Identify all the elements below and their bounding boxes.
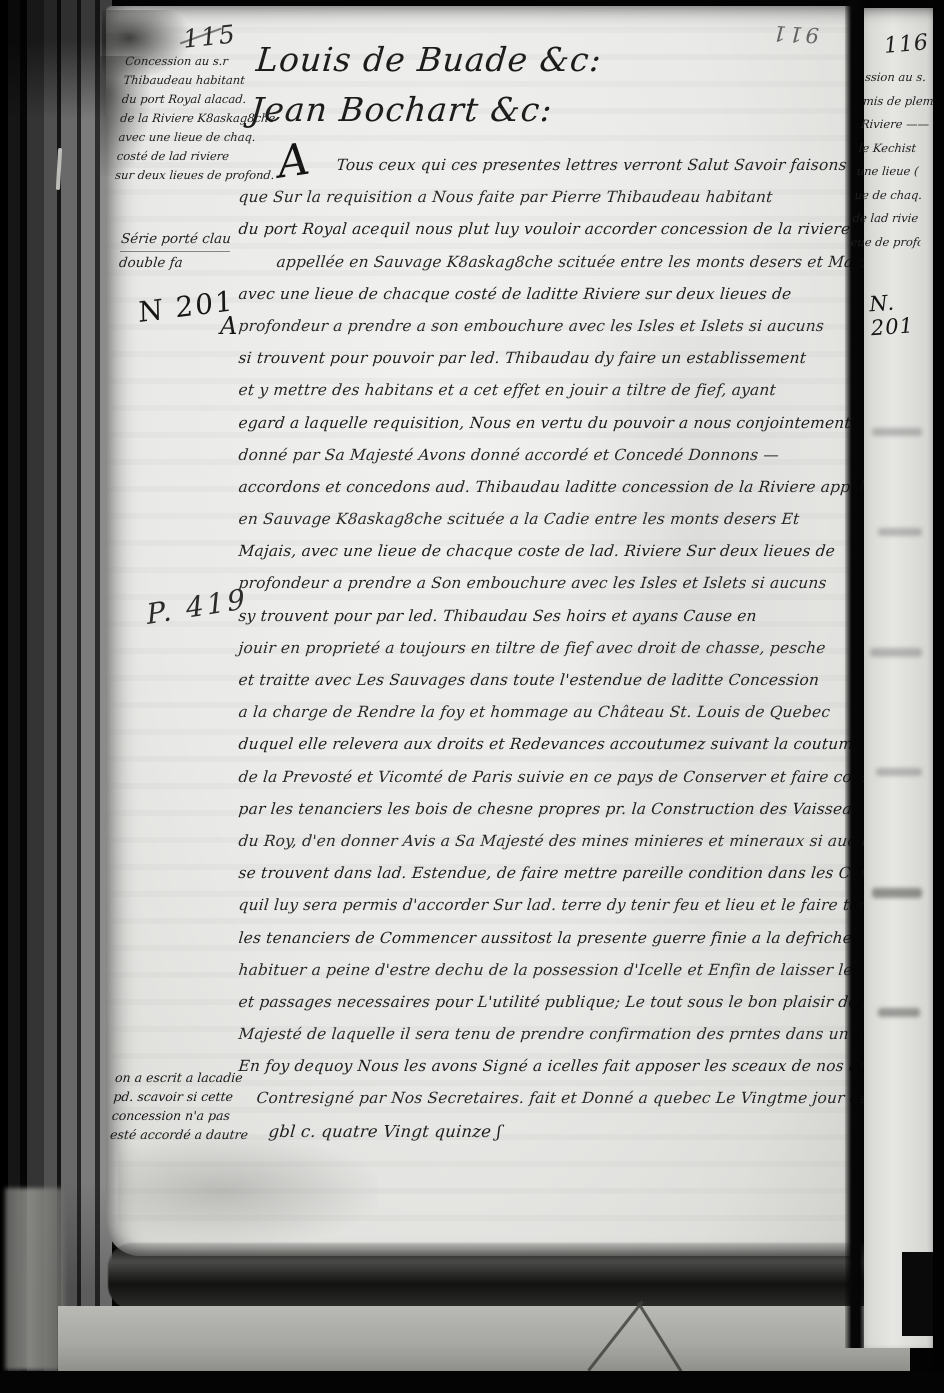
margin-registry-note: Série porté claudouble fa <box>118 228 232 275</box>
manuscript-line: Contresigné par Nos Secretaires. fait et… <box>237 1089 858 1121</box>
manuscript-line: sy trouvent pour par led. Thibaudau Ses … <box>237 607 858 639</box>
manuscript-line: gbl c. quatre Vingt quinze ʃ <box>237 1122 858 1154</box>
margin-fragment-line: ue de chaq. <box>854 184 926 208</box>
manuscript-line: en Sauvage K8askag8che scituée a la Cadi… <box>237 510 858 542</box>
document-letter: A <box>220 312 237 340</box>
manuscript-line: Tous ceux qui ces presentes lettres verr… <box>237 156 858 188</box>
margin-fragment-line: mis de plem <box>862 90 934 114</box>
document-number: N. 201 <box>868 288 937 340</box>
manuscript-line: a la charge de Rendre la foy et hommage … <box>237 703 858 735</box>
margin-fragment-line: ssion au s. <box>864 66 936 90</box>
page-number: 116 <box>883 30 930 59</box>
heading-jean-bochart: Jean Bochart &c: <box>249 90 555 129</box>
margin-note-line: on a escrit a lacadie <box>114 1068 306 1087</box>
page-edge-shadow <box>902 1252 936 1336</box>
manuscript-line: de la Prevosté et Vicomté de Paris suivi… <box>237 768 858 800</box>
manuscript-page-115: 115 911 Concession au s.rThibaudeau habi… <box>106 6 854 1256</box>
registry-note-line: Série porté clau <box>120 228 232 252</box>
margin-note-fragments: ssion au s.mis de plemRiviere ——le Kechi… <box>850 66 936 254</box>
registry-note-line: double fa <box>118 252 230 275</box>
manuscript-line: et passages necessaires pour L'utilité p… <box>237 993 858 1025</box>
manuscript-line: par les tenanciers les bois de chesne pr… <box>237 800 858 832</box>
margin-note-line: avec une lieue de chaq. <box>118 128 290 147</box>
margin-fragment-line: Riviere —— <box>860 113 932 137</box>
manuscript-line: accordons et concedons aud. Thibaudau la… <box>237 478 858 510</box>
manuscript-line: appellée en Sauvage K8askag8che scituée … <box>237 253 858 285</box>
manuscript-line: et y mettre des habitans et a cet effet … <box>237 381 858 413</box>
archive-photo: 115 911 Concession au s.rThibaudeau habi… <box>0 0 944 1393</box>
spine-lower-pages <box>5 1188 65 1370</box>
margin-fragment-line: eue de profo <box>850 231 922 255</box>
manuscript-line: Majesté de laquelle il sera tenu de pren… <box>237 1025 858 1057</box>
manuscript-line: profondeur a prendre a son embouchure av… <box>237 317 858 349</box>
faded-text-smudge <box>878 528 922 536</box>
manuscript-line: profondeur a prendre a Son embouchure av… <box>237 574 858 606</box>
manuscript-line: se trouvent dans lad. Estendue, de faire… <box>237 864 858 896</box>
page-bottom-edge-shadow <box>108 1243 908 1309</box>
manuscript-line: si trouvent pour pouvoir par led. Thibau… <box>237 349 858 381</box>
manuscript-line: du port Royal acequil nous plut luy voul… <box>237 220 858 252</box>
manuscript-page-116: 116 ssion au s.mis de plemRiviere ——le K… <box>864 8 936 1348</box>
page-number: 115 <box>182 19 238 53</box>
margin-note-line: esté accordé a dautre <box>109 1125 301 1144</box>
manuscript-line: du Roy, d'en donner Avis a Sa Majesté de… <box>237 832 858 864</box>
manuscript-line: avec une lieue de chacque costé de ladit… <box>237 285 858 317</box>
manuscript-line: donné par Sa Majesté Avons donné accordé… <box>237 446 858 478</box>
photo-bottom-border <box>0 1371 944 1393</box>
manuscript-line: egard a laquelle requisition, Nous en ve… <box>237 414 858 446</box>
manuscript-line: Majais, avec une lieue de chacque coste … <box>237 542 858 574</box>
spine-scratch <box>56 148 62 190</box>
margin-note-line: pd. scavoir si cette <box>113 1087 305 1106</box>
page-reference: P. 419 <box>145 582 249 631</box>
underlying-pages-strip <box>58 1306 910 1372</box>
manuscript-line: que Sur la requisition a Nous faite par … <box>237 188 858 220</box>
reverse-showthrough-mark: 911 <box>769 21 819 48</box>
margin-note-line: concession n'a pas <box>111 1106 303 1125</box>
margin-fragment-line: le Kechist <box>858 137 930 161</box>
margin-fragment-line: une lieue ( <box>856 160 928 184</box>
manuscript-line: jouir en proprieté a toujours en tiltre … <box>237 639 858 671</box>
manuscript-line: les tenanciers de Commencer aussitost la… <box>237 929 858 961</box>
book-spine <box>0 0 112 1393</box>
heading-louis-de-buade: Louis de Buade &c: <box>255 40 604 79</box>
margin-fragment-line: de lad rivie <box>852 207 924 231</box>
faded-text-smudge <box>872 888 922 898</box>
faded-text-smudge <box>872 428 922 436</box>
margin-note-bottom: on a escrit a lacadiepd. scavoir si cett… <box>109 1068 306 1144</box>
faded-text-smudge <box>870 648 922 657</box>
manuscript-line: et traitte avec Les Sauvages dans toute … <box>237 671 858 703</box>
manuscript-line: quil luy sera permis d'accorder Sur lad.… <box>237 896 858 928</box>
manuscript-line: habituer a peine d'estre dechu de la pos… <box>237 961 858 993</box>
faded-text-smudge <box>876 768 922 776</box>
photo-right-border <box>933 0 944 1393</box>
manuscript-line: duquel elle relevera aux droits et Redev… <box>237 735 858 767</box>
manuscript-body-text: Tous ceux qui ces presentes lettres verr… <box>238 156 856 1154</box>
faded-text-smudge <box>878 1008 920 1017</box>
manuscript-line: En foy dequoy Nous les avons Signé a ice… <box>237 1057 858 1089</box>
